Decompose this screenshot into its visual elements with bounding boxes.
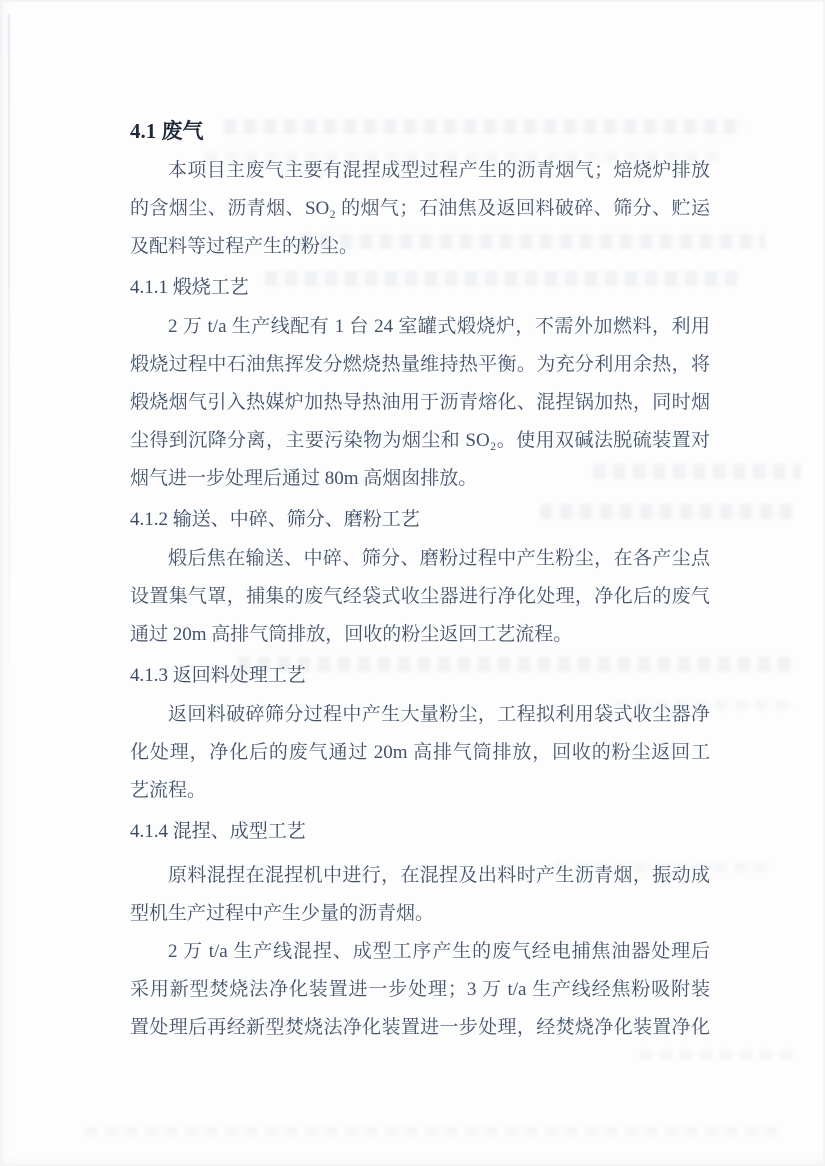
paragraph: 本项目主废气主要有混捏成型过程产生的沥青烟气；焙烧炉排放 的含烟尘、沥青烟、SO…: [130, 152, 710, 266]
text-line: 的含烟尘、沥青烟、SO₂ 的烟气；石油焦及返回料破碎、筛分、贮运: [130, 190, 710, 228]
section-4-1-3: 4.1.3 返回料处理工艺 返回料破碎筛分过程中产生大量粉尘，工程拟利用袋式收尘…: [130, 657, 710, 810]
paragraph: 煅后焦在输送、中碎、筛分、磨粉过程中产生粉尘，在各产尘点 设置集气罩，捕集的废气…: [130, 540, 710, 654]
paragraph: 2 万 t/a 生产线混捏、成型工序产生的废气经电捕焦油器处理后 采用新型焚烧法…: [130, 933, 710, 1047]
scan-edge-artifact: [8, 14, 10, 664]
paragraph: 返回料破碎筛分过程中产生大量粉尘，工程拟利用袋式收尘器净 化处理，净化后的废气通…: [130, 696, 710, 810]
text-line: 艺流程。: [130, 772, 710, 810]
text-line: 尘得到沉降分离，主要污染物为烟尘和 SO₂。使用双碱法脱硫装置对: [130, 422, 710, 460]
text-line: 2 万 t/a 生产线混捏、成型工序产生的废气经电捕焦油器处理后: [130, 933, 710, 971]
text-line: 原料混捏在混捏机中进行，在混捏及出料时产生沥青烟，振动成: [130, 857, 710, 895]
document-body: 4.1 废气 本项目主废气主要有混捏成型过程产生的沥青烟气；焙烧炉排放 的含烟尘…: [130, 112, 710, 1047]
text-line: 煅后焦在输送、中碎、筛分、磨粉过程中产生粉尘，在各产尘点: [130, 540, 710, 578]
text-line: 煅烧过程中石油焦挥发分燃烧热量维持热平衡。为充分利用余热，将: [130, 346, 710, 384]
text-line: 2 万 t/a 生产线配有 1 台 24 室罐式煅烧炉，不需外加燃料，利用: [130, 308, 710, 346]
text-line: 设置集气罩，捕集的废气经袋式收尘器进行净化处理，净化后的废气: [130, 578, 710, 616]
section-4-1-1: 4.1.1 煅烧工艺 2 万 t/a 生产线配有 1 台 24 室罐式煅烧炉，不…: [130, 269, 710, 498]
document-page: 4.1 废气 本项目主废气主要有混捏成型过程产生的沥青烟气；焙烧炉排放 的含烟尘…: [0, 0, 825, 1166]
heading-4-1: 4.1 废气: [130, 112, 710, 150]
text-line: 本项目主废气主要有混捏成型过程产生的沥青烟气；焙烧炉排放: [130, 152, 710, 190]
text-line: 采用新型焚烧法净化装置进一步处理；3 万 t/a 生产线经焦粉吸附装: [130, 971, 710, 1009]
section-4-1: 4.1 废气 本项目主废气主要有混捏成型过程产生的沥青烟气；焙烧炉排放 的含烟尘…: [130, 112, 710, 266]
ink-bleedthrough: [85, 1126, 780, 1136]
paragraph: 原料混捏在混捏机中进行，在混捏及出料时产生沥青烟，振动成 型机生产过程中产生少量…: [130, 857, 710, 933]
heading-4-1-1: 4.1.1 煅烧工艺: [130, 269, 710, 307]
text-line: 煅烧烟气引入热媒炉加热导热油用于沥青熔化、混捏锅加热，同时烟: [130, 384, 710, 422]
section-4-1-4: 4.1.4 混捏、成型工艺 原料混捏在混捏机中进行，在混捏及出料时产生沥青烟，振…: [130, 813, 710, 1047]
paragraph: 2 万 t/a 生产线配有 1 台 24 室罐式煅烧炉，不需外加燃料，利用 煅烧…: [130, 308, 710, 498]
section-4-1-2: 4.1.2 输送、中碎、筛分、磨粉工艺 煅后焦在输送、中碎、筛分、磨粉过程中产生…: [130, 501, 710, 654]
text-line: 型机生产过程中产生少量的沥青烟。: [130, 895, 710, 933]
text-line: 烟气进一步处理后通过 80m 高烟囱排放。: [130, 460, 710, 498]
heading-4-1-3: 4.1.3 返回料处理工艺: [130, 657, 710, 695]
heading-4-1-4: 4.1.4 混捏、成型工艺: [130, 813, 710, 851]
heading-4-1-2: 4.1.2 输送、中碎、筛分、磨粉工艺: [130, 501, 710, 539]
text-line: 通过 20m 高排气筒排放，回收的粉尘返回工艺流程。: [130, 616, 710, 654]
text-line: 置处理后再经新型焚烧法净化装置进一步处理，经焚烧净化装置净化: [130, 1009, 710, 1047]
text-line: 及配料等过程产生的粉尘。: [130, 228, 710, 266]
text-line: 返回料破碎筛分过程中产生大量粉尘，工程拟利用袋式收尘器净: [130, 696, 710, 734]
ink-bleedthrough: [640, 1050, 795, 1060]
text-line: 化处理，净化后的废气通过 20m 高排气筒排放，回收的粉尘返回工: [130, 734, 710, 772]
